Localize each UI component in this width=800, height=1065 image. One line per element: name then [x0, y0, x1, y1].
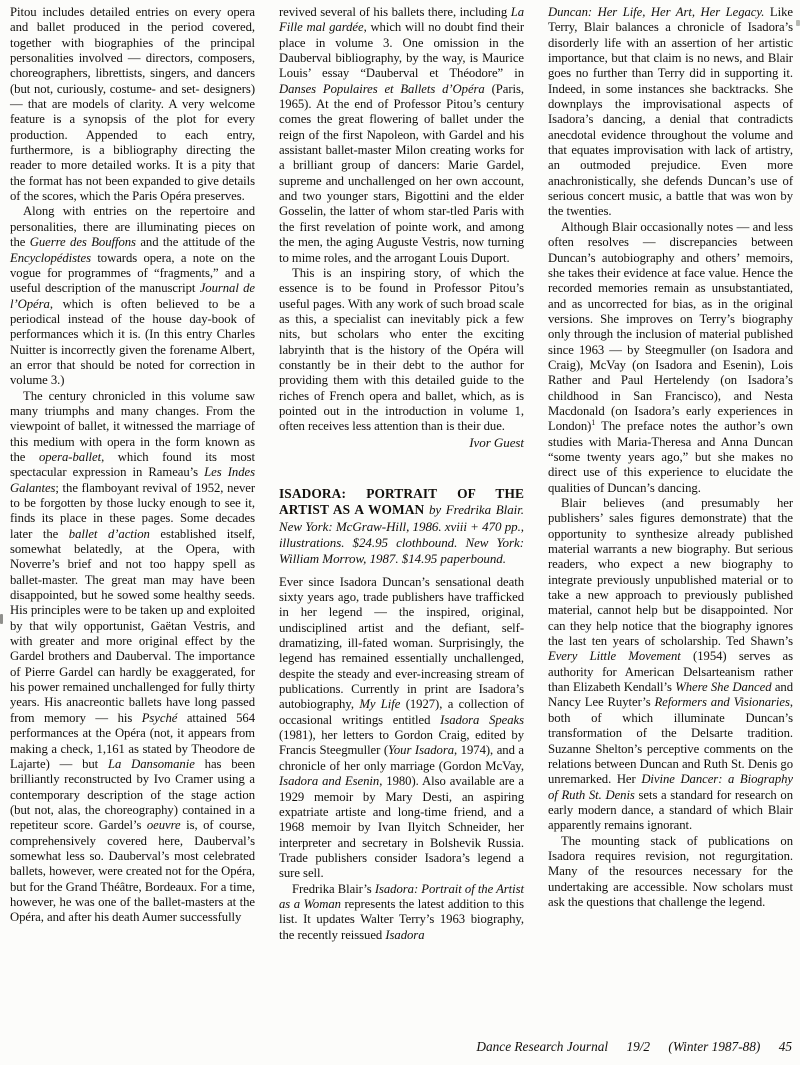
paragraph: Blair believes (and presumably her publi… — [548, 496, 793, 834]
paragraph: revived several of his ballets there, in… — [279, 5, 524, 266]
text-columns: Pitou includes detailed entries on every… — [0, 0, 800, 943]
paragraph: Pitou includes detailed entries on every… — [10, 5, 255, 204]
book-review-heading: ISADORA: PORTRAIT OF THE ARTIST AS A WOM… — [279, 486, 524, 568]
journal-page: Pitou includes detailed entries on every… — [0, 0, 800, 1065]
column-middle: revived several of his ballets there, in… — [279, 5, 524, 943]
paragraph: Although Blair occasionally notes — and … — [548, 220, 793, 496]
paragraph: This is an inspiring story, of which the… — [279, 266, 524, 435]
column-left: Pitou includes detailed entries on every… — [10, 5, 255, 943]
footer-issue-number: 19/2 — [626, 1039, 650, 1054]
footer-page-number: 45 — [779, 1039, 792, 1054]
paragraph: Fredrika Blair’s Isadora: Portrait of th… — [279, 882, 524, 943]
paragraph: The century chronicled in this volume sa… — [10, 389, 255, 926]
section-gap — [279, 450, 524, 486]
reviewer-signature: Ivor Guest — [279, 435, 524, 450]
paragraph: The mounting stack of publications on Is… — [548, 834, 793, 911]
journal-footer: Dance Research Journal 19/2 (Winter 1987… — [476, 1039, 792, 1055]
scan-artifact — [796, 20, 800, 26]
paragraph: Duncan: Her Life, Her Art, Her Legacy. L… — [548, 5, 793, 220]
column-right: Duncan: Her Life, Her Art, Her Legacy. L… — [548, 5, 793, 943]
scan-artifact — [0, 614, 3, 624]
footer-season: (Winter 1987-88) — [668, 1039, 760, 1054]
paragraph: Ever since Isadora Duncan’s sensational … — [279, 575, 524, 882]
footer-journal-title: Dance Research Journal — [476, 1039, 608, 1054]
paragraph: Along with entries on the repertoire and… — [10, 204, 255, 388]
